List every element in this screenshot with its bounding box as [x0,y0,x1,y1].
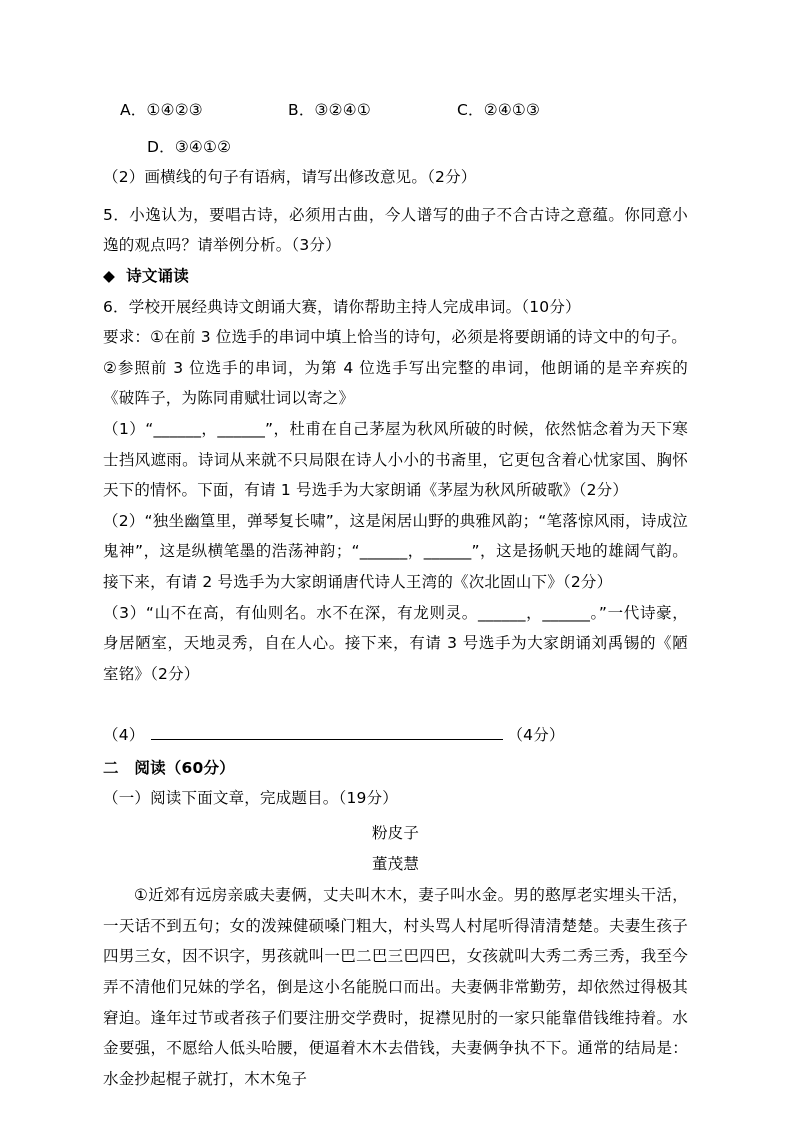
exam-paper-page: A．①④②③ B．③②④① C．②④①③ D．③④①② （2）画横线的句子有语病… [0,0,794,1123]
essay-paragraph-1: ①近郊有远房亲戚夫妻俩，丈夫叫木木，妻子叫水金。男的憨厚老实埋头干活，一天话不到… [103,880,688,1094]
question6-item4-label: （4） [103,726,144,744]
question6-item4: （4）（4分） [103,720,688,751]
question6-requirement1: 要求：①在前 3 位选手的串词中填上恰当的诗句，必须是将要朗诵的诗文中的句子。 [103,322,688,353]
question4-sub2: （2）画横线的句子有语病，请写出修改意见。（2分） [103,162,688,193]
answer-blank-line [151,724,503,740]
choice-option-d: D．③④①② [147,132,688,163]
essay-author: 董茂慧 [103,849,688,880]
section-recitation-title: 诗文诵读 [126,267,189,285]
question6-item4-score: （4分） [507,726,564,744]
question6-item3: （3）“山不在高，有仙则名。水不在深，有龙则灵。______，______。”一… [103,598,688,690]
choice-option-c: C．②④①③ [457,95,540,126]
diamond-bullet-icon: ◆ [103,267,115,285]
choice-option-a: A．①④②③ [120,95,288,126]
question6-requirement2: ②参照前 3 位选手的串词，为第 4 位选手写出完整的串词，他朗诵的是辛弃疾的《… [103,353,688,414]
choice-options-row: A．①④②③ B．③②④① C．②④①③ [103,95,688,126]
question6-item2: （2）“独坐幽篁里，弹琴复长啸”，这是闲居山野的典雅风韵；“笔落惊风雨，诗成泣鬼… [103,506,688,598]
question6-stem: 6．学校开展经典诗文朗诵大赛，请你帮助主持人完成串词。（10分） [103,292,688,323]
section-recitation-heading: ◆诗文诵读 [103,261,688,292]
essay-title: 粉皮子 [103,818,688,849]
section2-heading: 二 阅读（60分） [103,753,688,784]
choice-option-b: B．③②④① [288,95,457,126]
question6-item1: （1）“______，______”，杜甫在自己茅屋为秋风所破的时候，依然惦念着… [103,414,688,506]
part1-heading: （一）阅读下面文章，完成题目。（19分） [103,783,688,814]
question5: 5．小逸认为，要唱古诗，必须用古曲，今人谱写的曲子不合古诗之意蕴。你同意小逸的观… [103,200,688,261]
